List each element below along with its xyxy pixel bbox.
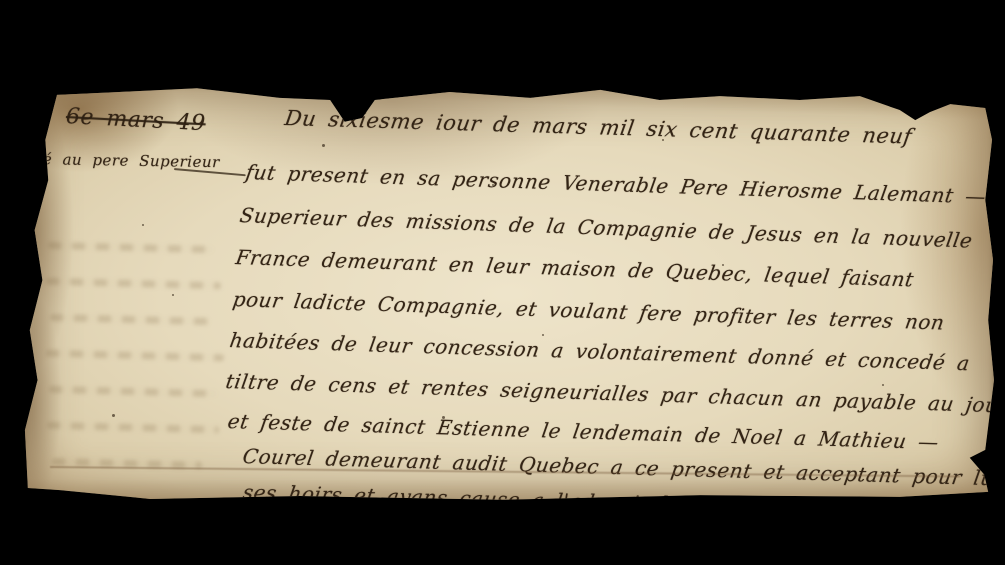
- ink-speck: [882, 384, 884, 386]
- ink-speck: [112, 414, 115, 417]
- ink-speck: [172, 294, 174, 296]
- manuscript-line-3: Superieur des missions de la Compagnie d…: [238, 203, 974, 252]
- manuscript-line-2: fut present en sa personne Venerable Per…: [244, 160, 988, 208]
- bleedthrough-text: [46, 350, 224, 362]
- bleedthrough-text: [50, 314, 210, 325]
- ink-speck: [322, 144, 325, 147]
- manuscript-line-6: habitées de leur concession a volontaire…: [228, 328, 971, 375]
- manuscript-line-1: Du sixiesme iour de mars mil six cent qu…: [283, 106, 913, 149]
- ink-speck: [662, 139, 664, 141]
- margin-note-date: 6e mars 49: [65, 104, 206, 136]
- bleedthrough-text: [46, 278, 221, 290]
- ink-speck: [722, 264, 724, 266]
- bleedthrough-text: [48, 242, 213, 253]
- photo-background: 6e mars 49 cé au pere Superieur Du sixie…: [0, 0, 1005, 565]
- margin-note-annotation: cé au pere Superieur: [34, 150, 220, 171]
- ink-speck: [542, 334, 544, 336]
- bleedthrough-text: [47, 422, 219, 434]
- ink-speck: [142, 224, 144, 226]
- manuscript-line-10: ses hoirs et ayans cause a l'advenir la…: [241, 480, 703, 517]
- ink-speck: [492, 184, 494, 186]
- manuscript-line-4: France demeurant en leur maison de Quebe…: [234, 245, 916, 291]
- bleedthrough-text: [49, 386, 217, 397]
- manuscript-line-5: pour ladicte Compagnie, et voulant fere …: [231, 287, 946, 334]
- manuscript-page: 6e mars 49 cé au pere Superieur Du sixie…: [22, 84, 994, 504]
- manuscript-line-7: tiltre de cens et rentes seigneurialles …: [224, 369, 1005, 417]
- ink-speck: [442, 416, 445, 419]
